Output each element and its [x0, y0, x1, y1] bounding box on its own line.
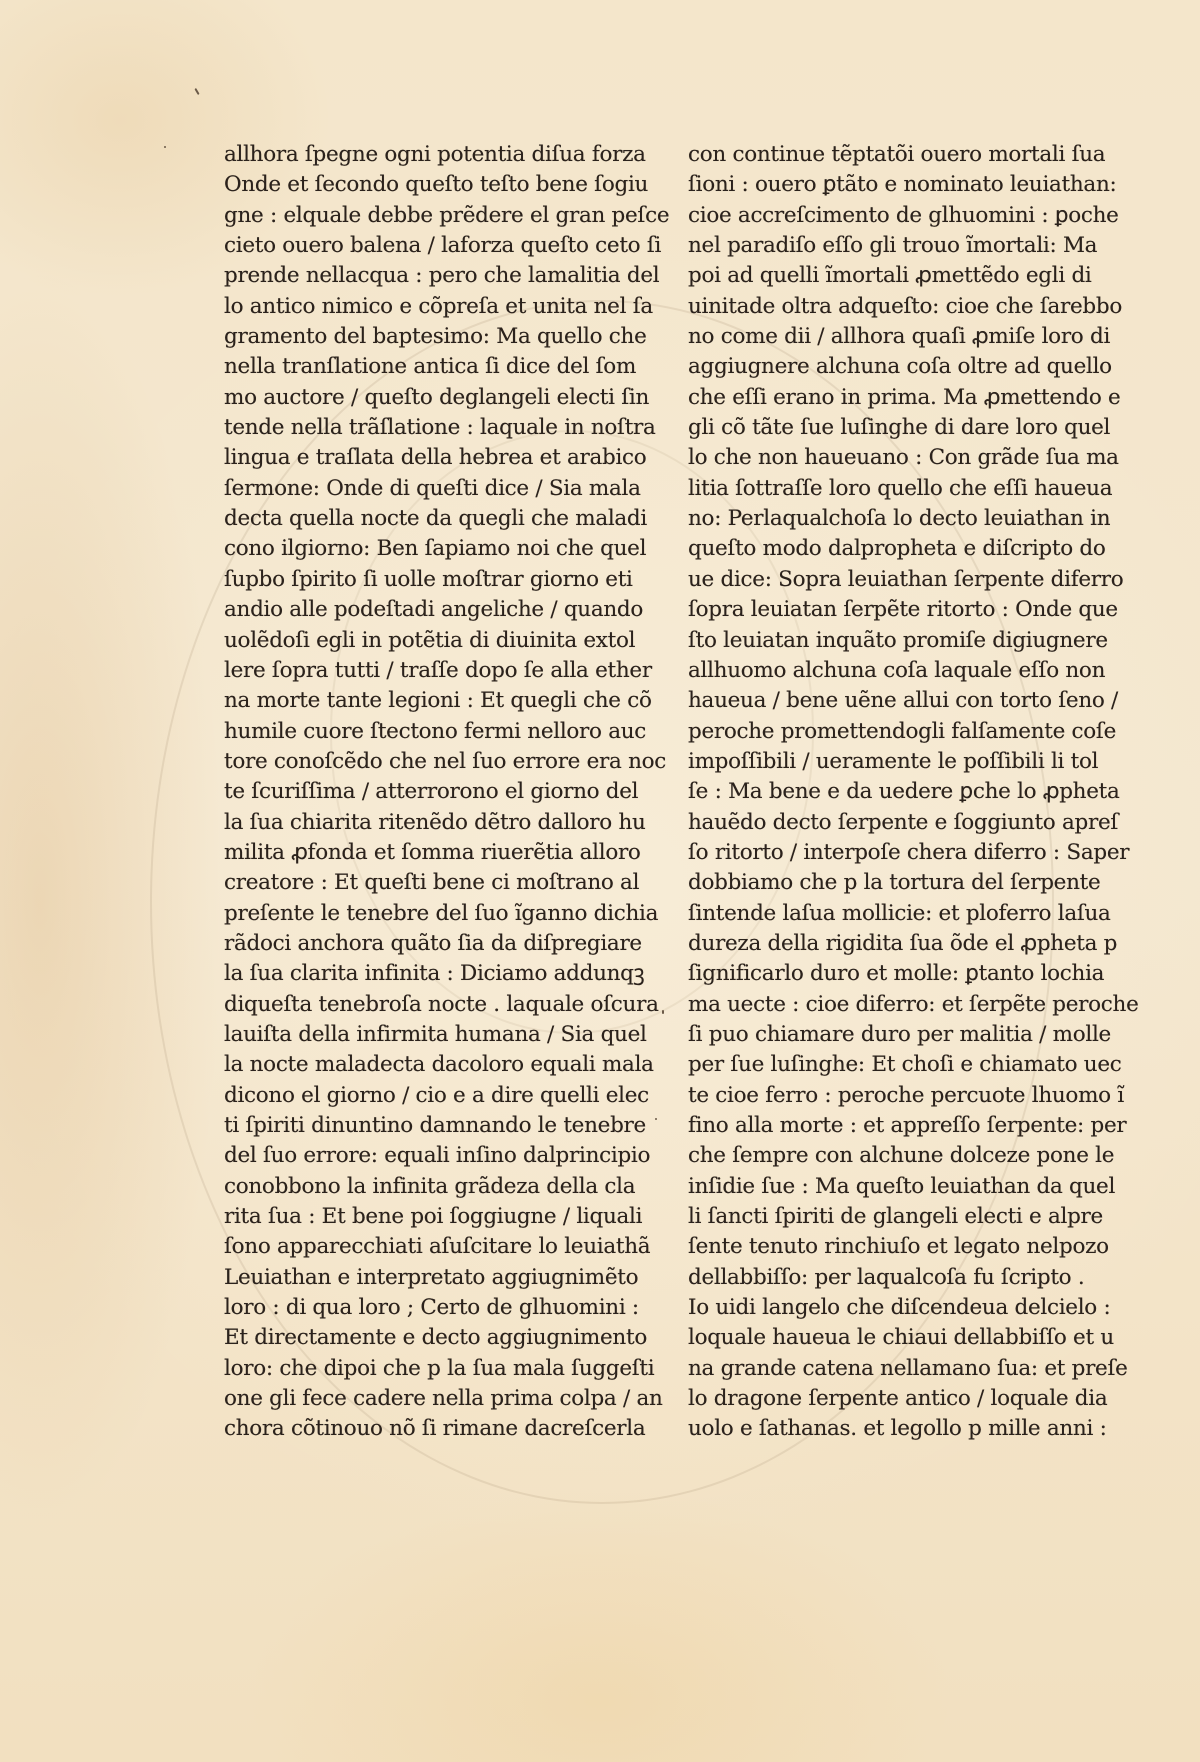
- text-line: ſermone: Onde di queſti dice / Sia mala: [224, 474, 644, 504]
- text-line: ſe : Ma bene e da uedere ꝑche lo ꝓpheta: [688, 777, 1118, 807]
- text-line: ſignificarlo duro et molle: ꝑtanto lochi…: [688, 959, 1118, 989]
- text-line: preſente le tenebre del ſuo ĩganno dichi…: [224, 899, 644, 929]
- text-line: haueua / bene uẽne allui con torto ſeno …: [688, 686, 1118, 716]
- text-line: la ſua clarita infinita : Diciamo addunq…: [224, 959, 644, 989]
- text-line: allhora ſpegne ogni potentia diſua forza: [224, 140, 644, 170]
- text-line: gne : elquale debbe prẽdere el gran peſc…: [224, 201, 644, 231]
- text-line: uinitade oltra adqueſto: cioe che ſarebb…: [688, 292, 1118, 322]
- text-line: con continue tẽptatõi ouero mortali ſua: [688, 140, 1118, 170]
- text-line: na morte tante legioni : Et quegli che c…: [224, 686, 644, 716]
- text-line: ſente tenuto rinchiuſo et legato nelpozo: [688, 1232, 1118, 1262]
- text-line: ti ſpiriti dinuntino damnando le tenebre: [224, 1111, 644, 1141]
- text-line: mo auctore / queſto deglangeli electi ſi…: [224, 383, 644, 413]
- text-line: gli cõ tãte ſue luſinghe di dare loro qu…: [688, 413, 1118, 443]
- text-line: te ſcuriſſima / atterrorono el giorno de…: [224, 777, 644, 807]
- text-line: no come dii / allhora quaſi ꝓmiſe loro d…: [688, 322, 1118, 352]
- text-line: creatore : Et queſti bene ci moſtrano al: [224, 868, 644, 898]
- ink-speck: [194, 88, 199, 95]
- text-line: na grande catena nellamano ſua: et preſe: [688, 1354, 1118, 1384]
- text-line: loro: che dipoi che p la ſua mala ſuggeſ…: [224, 1354, 644, 1384]
- text-line: inſidie ſue : Ma queſto leuiathan da que…: [688, 1172, 1118, 1202]
- text-line: dicono el giorno / cio e a dire quelli e…: [224, 1081, 644, 1111]
- text-line: Io uidi langelo che diſcendeua delcielo …: [688, 1293, 1118, 1323]
- text-line: ſo ritorto / interpoſe chera diferro : S…: [688, 838, 1118, 868]
- text-line: ſupbo ſpirito ſi uolle moſtrar giorno et…: [224, 565, 644, 595]
- text-line: che ſempre con alchune dolceze pone le: [688, 1141, 1118, 1171]
- text-line: hauẽdo decto ſerpente e ſoggiunto apreſ: [688, 808, 1118, 838]
- text-line: uolo e ſathanas. et legollo p mille anni…: [688, 1414, 1118, 1444]
- text-line: fino alla morte : et appreſſo ſerpente: …: [688, 1111, 1118, 1141]
- text-line: impoſſibili / ueramente le poſſibili li …: [688, 747, 1118, 777]
- text-line: allhuomo alchuna coſa laquale eſſo non: [688, 656, 1118, 686]
- text-line: Leuiathan e interpretato aggiugnimẽto: [224, 1263, 644, 1293]
- ink-speck: [662, 1010, 664, 1014]
- text-line: la ſua chiarita ritenẽdo dẽtro dalloro h…: [224, 808, 644, 838]
- text-line: cieto ouero balena / laforza queſto ceto…: [224, 231, 644, 261]
- text-line: nella tranſlatione antica ſi dice del ſo…: [224, 352, 644, 382]
- text-line: lo che non haueuano : Con grãde ſua ma: [688, 443, 1118, 473]
- text-line: uolẽdoſi egli in potẽtia di diuinita ext…: [224, 626, 644, 656]
- text-line: gramento del baptesimo: Ma quello che: [224, 322, 644, 352]
- text-line: rita ſua : Et bene poi ſoggiugne / liqua…: [224, 1202, 644, 1232]
- text-line: cono ilgiorno: Ben ſapiamo noi che quel: [224, 534, 644, 564]
- text-line: ue dice: Sopra leuiathan ſerpente diferr…: [688, 565, 1118, 595]
- text-line: ſi puo chiamare duro per malitia / molle: [688, 1020, 1118, 1050]
- text-line: ſono apparecchiati aſuſcitare lo leuiath…: [224, 1232, 644, 1262]
- text-line: dureza della rigidita ſua õde el ꝓpheta …: [688, 929, 1118, 959]
- text-line: ſopra leuiatan ſerpẽte ritorto : Onde qu…: [688, 595, 1118, 625]
- text-line: lo antico nimico e cõpreſa et unita nel …: [224, 292, 644, 322]
- text-line: milita ꝓfonda et ſomma riuerẽtia alloro: [224, 838, 644, 868]
- text-line: Onde et ſecondo queſto teſto bene ſogiu: [224, 170, 644, 200]
- text-line: poi ad quelli ĩmortali ꝓmettẽdo egli di: [688, 261, 1118, 291]
- ink-speck: [164, 146, 166, 148]
- text-line: conobbono la infinita grãdeza della cla: [224, 1172, 644, 1202]
- text-line: li ſancti ſpiriti de glangeli electi e a…: [688, 1202, 1118, 1232]
- ink-speck: [655, 1118, 657, 1120]
- text-line: ma uecte : cioe diferro: et ſerpẽte pero…: [688, 990, 1118, 1020]
- text-line: ſto leuiatan inquãto promiſe digiugnere: [688, 626, 1118, 656]
- text-line: rãdoci anchora quãto ſia da diſpregiare: [224, 929, 644, 959]
- text-line: lere ſopra tutti / traſſe dopo ſe alla e…: [224, 656, 644, 686]
- text-line: che eſſi erano in prima. Ma ꝓmettendo e: [688, 383, 1118, 413]
- text-column-right: con continue tẽptatõi ouero mortali ſuaſ…: [688, 140, 1118, 1445]
- text-line: prende nellacqua : pero che lamalitia de…: [224, 261, 644, 291]
- text-line: te cioe ferro : peroche percuote lhuomo …: [688, 1081, 1118, 1111]
- text-line: nel paradiſo eſſo gli trouo ĩmortali: Ma: [688, 231, 1118, 261]
- text-line: peroche promettendogli falſamente coſe: [688, 717, 1118, 747]
- text-line: chora cõtinouo nõ ſi rimane dacreſcerla: [224, 1414, 644, 1444]
- text-line: no: Perlaqualchoſa lo decto leuiathan in: [688, 504, 1118, 534]
- text-line: dellabbiſſo: per laqualcoſa fu ſcripto .: [688, 1263, 1118, 1293]
- text-line: decta quella nocte da quegli che maladi: [224, 504, 644, 534]
- text-line: andio alle podeſtadi angeliche / quando: [224, 595, 644, 625]
- text-line: loro : di qua loro ; Certo de glhuomini …: [224, 1293, 644, 1323]
- text-line: cioe accreſcimento de glhuomini : ꝑoche: [688, 201, 1118, 231]
- text-line: litia ſottraſſe loro quello che eſſi hau…: [688, 474, 1118, 504]
- text-line: lingua e traſlata della hebrea et arabic…: [224, 443, 644, 473]
- text-line: loquale haueua le chiaui dellabbiſſo et …: [688, 1323, 1118, 1353]
- text-line: diqueſta tenebroſa nocte . laquale oſcur…: [224, 990, 644, 1020]
- text-line: lauiſta della infirmita humana / Sia que…: [224, 1020, 644, 1050]
- text-line: aggiugnere alchuna coſa oltre ad quello: [688, 352, 1118, 382]
- text-line: lo dragone ſerpente antico / loquale dia: [688, 1384, 1118, 1414]
- text-line: tende nella trãſlatione : laquale in noſ…: [224, 413, 644, 443]
- text-line: queſto modo dalpropheta e diſcripto do: [688, 534, 1118, 564]
- text-line: dobbiamo che p la tortura del ſerpente: [688, 868, 1118, 898]
- text-line: one gli fece cadere nella prima colpa / …: [224, 1384, 644, 1414]
- text-line: ſioni : ouero ꝑtãto e nominato leuiathan…: [688, 170, 1118, 200]
- text-line: del ſuo errore: equali inſino dalprincip…: [224, 1141, 644, 1171]
- text-line: tore conoſcẽdo che nel ſuo errore era no…: [224, 747, 644, 777]
- text-line: Et directamente e decto aggiugnimento: [224, 1323, 644, 1353]
- paper-page: allhora ſpegne ogni potentia diſua forza…: [0, 0, 1200, 1762]
- text-line: la nocte maladecta dacoloro equali mala: [224, 1050, 644, 1080]
- text-column-left: allhora ſpegne ogni potentia diſua forza…: [224, 140, 644, 1445]
- text-line: per ſue luſinghe: Et choſi e chiamato ue…: [688, 1050, 1118, 1080]
- text-line: ſintende laſua mollicie: et ploferro laſ…: [688, 899, 1118, 929]
- text-line: humile cuore ſtectono fermi nelloro auc: [224, 717, 644, 747]
